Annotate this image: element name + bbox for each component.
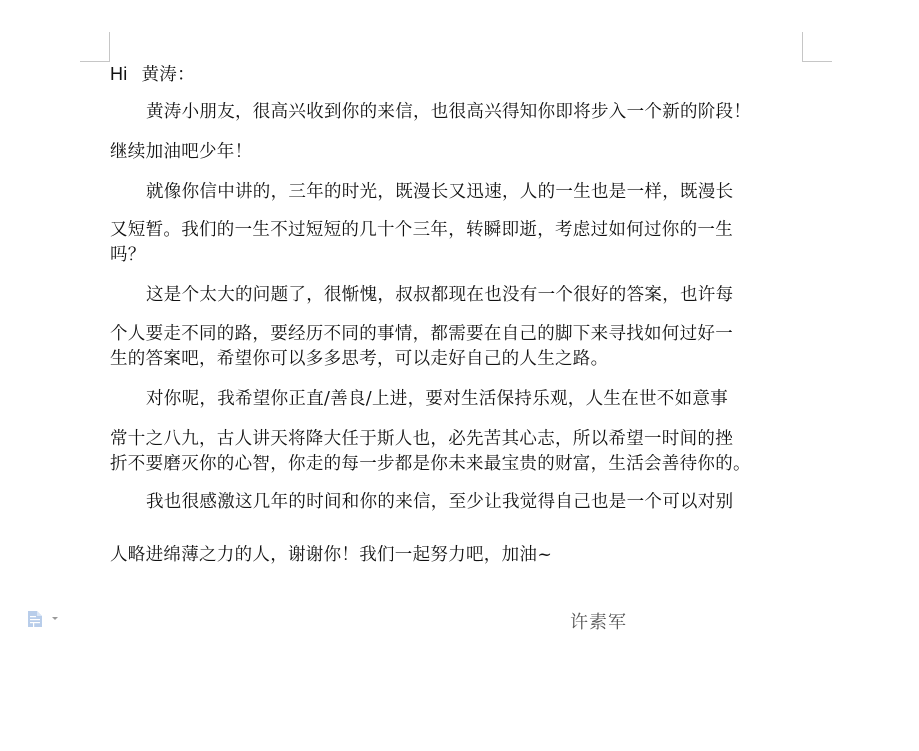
dropdown-arrow-icon[interactable] (52, 617, 58, 620)
page-corner-mark-top-right (802, 32, 832, 62)
letter-line: 黄涛小朋友，很高兴收到你的来信，也很高兴得知你即将步入一个新的阶段！ (146, 101, 751, 123)
paste-options-icon[interactable] (27, 610, 43, 628)
letter-line: 吗？ (110, 244, 146, 266)
signature: 许素军 (570, 608, 627, 634)
letter-line: 个人要走不同的路，要经历不同的事情，都需要在自己的脚下来寻找如何过好一 (110, 323, 733, 345)
letter-line: 就像你信中讲的，三年的时光，既漫长又迅速，人的一生也是一样，既漫长 (146, 181, 733, 203)
page-corner-mark-top-left (80, 32, 110, 62)
letter-line: 常十之八九，古人讲天将降大任于斯人也，必先苦其心志，所以希望一时间的挫 (110, 428, 733, 450)
letter-line: 对你呢，我希望你正直/善良/上进，要对生活保持乐观，人生在世不如意事 (146, 388, 728, 410)
letter-line: 又短暂。我们的一生不过短短的几十个三年，转瞬即逝，考虑过如何过你的一生 (110, 219, 733, 241)
greeting-name: 黄涛： (141, 65, 194, 85)
letter-line: 折不要磨灭你的心智，你走的每一步都是你未来最宝贵的财富，生活会善待你的。 (110, 453, 751, 475)
letter-line: 生的答案吧，希望你可以多多思考，可以走好自己的人生之路。 (110, 348, 608, 370)
greeting-hi: Hi (110, 64, 128, 84)
letter-line: 我也很感激这几年的时间和你的来信，至少让我觉得自己也是一个可以对别 (146, 491, 733, 513)
letter-line: 这是个太大的问题了，很惭愧，叔叔都现在也没有一个很好的答案，也许每 (146, 284, 733, 306)
letter-line: 继续加油吧少年！ (110, 141, 252, 163)
greeting: Hi 黄涛： (110, 63, 195, 86)
letter-line: 人略进绵薄之力的人，谢谢你！我们一起努力吧，加油~ (110, 544, 552, 566)
